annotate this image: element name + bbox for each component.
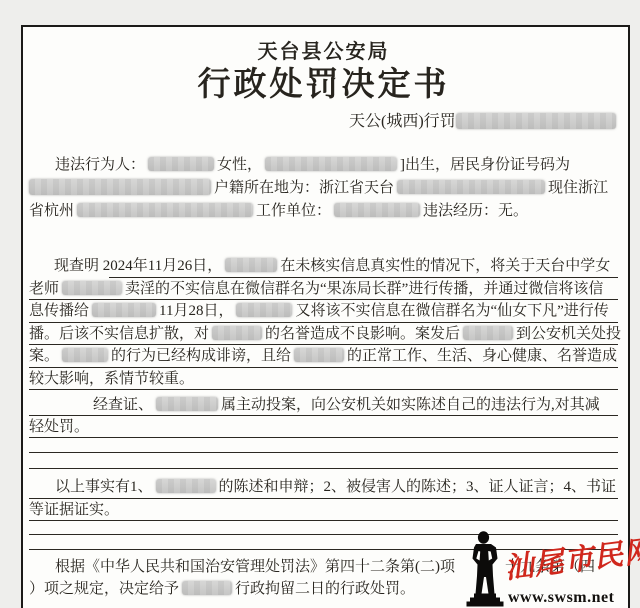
ruled-line: 播。后该不实信息扩散，对的名誉造成不良影响。案发后到公安机关处投 — [29, 323, 618, 346]
body-text: 的名誉造成不良影响。案发后 — [265, 326, 460, 342]
body-text: 女性， — [217, 157, 262, 173]
body-text: 轻处罚。 — [29, 419, 89, 435]
redacted-text — [77, 203, 253, 217]
redacted-text — [397, 180, 545, 194]
ruled-line: 案。的行为已经构成诽谤，且给的正常工作、生活、身心健康、名誉造成 — [29, 345, 618, 368]
ruled-line — [29, 437, 618, 453]
text-line: 违法行为人：女性，]出生，居民身份证号码为 — [29, 154, 618, 177]
facts-paragraph: 现查明 2024年11月26日，在未核实信息真实性的情况下，将关于天台中学女 老… — [29, 255, 618, 390]
body-text: 工作单位： — [256, 203, 331, 219]
body-text: 息传播给 — [29, 303, 89, 319]
redacted-text — [92, 303, 156, 317]
statue-logo-icon — [462, 531, 508, 607]
watermark-site-name: 汕尾市民网 — [502, 530, 640, 587]
body-text: 属主动投案，向公安机关如实陈述自己的违法行为,对其减 — [221, 397, 600, 413]
body-text: 省杭州 — [29, 203, 74, 219]
party-info-paragraph: 违法行为人：女性，]出生，居民身份证号码为 户籍所在地为：浙江省天台现住浙江 省… — [29, 154, 618, 223]
watermark-site-url: www.swsm.net — [508, 589, 614, 607]
redacted-text — [236, 303, 292, 317]
watermark: 汕尾市民网 www.swsm.net — [462, 532, 640, 608]
body-text: 在未核实信息真实性的情况下，将关于天台中学女 — [280, 258, 610, 274]
body-text: 的正常工作、生活、身心健康、名誉造成 — [347, 348, 617, 364]
body-text: 又将该不实信息在微信群名为“仙女下凡”进行传 — [295, 303, 608, 319]
ruled-line: 轻处罚。 — [29, 416, 618, 438]
body-text: 违法经历：无。 — [423, 203, 528, 219]
body-text: 卖淫的不实信息在微信群名为“果冻局长群”进行传播，并通过微信将该信 — [125, 281, 603, 297]
text-line: 户籍所在地为：浙江省天台现住浙江 — [29, 177, 618, 200]
body-text: 播。后该不实信息扩散，对 — [29, 326, 209, 342]
redacted-text — [156, 397, 218, 411]
redacted-text — [456, 113, 616, 129]
body-text: 的陈述和申辩；2、被侵害人的陈述；3、证人证言；4、书证 — [219, 479, 617, 495]
ruled-line: 现查明 2024年11月26日，在未核实信息真实性的情况下，将关于天台中学女 — [29, 255, 618, 278]
redacted-text — [62, 348, 108, 362]
investigation-paragraph: 经查证、属主动投案，向公安机关如实陈述自己的违法行为,对其减 轻处罚。 — [29, 394, 618, 438]
redacted-text — [334, 203, 420, 217]
paper-frame: 天台县公安局 行政处罚决定书 天公(城西)行罚 违法行为人：女性，]出生，居民身… — [21, 25, 630, 608]
facts-label: 现查明 — [54, 258, 99, 274]
body-text: ]出生，居民身份证号码为 — [400, 157, 570, 173]
redacted-text — [265, 157, 397, 171]
body-text: 较大影响，系情节较重。 — [29, 371, 194, 387]
body-text: 案。 — [29, 348, 59, 364]
evidence-paragraph: 以上事实有1、的陈述和申辩；2、被侵害人的陈述；3、证人证言；4、书证 等证据证… — [29, 476, 618, 521]
document-body: 天台县公安局 行政处罚决定书 天公(城西)行罚 违法行为人：女性，]出生，居民身… — [29, 27, 618, 608]
redacted-text — [463, 326, 513, 340]
body-text: 2024年11月26日， — [103, 258, 222, 274]
body-text: 到公安机关处投 — [516, 326, 621, 342]
body-text: 行政拘留二日的行政处罚。 — [235, 581, 415, 597]
ruled-line: 老师卖淫的不实信息在微信群名为“果冻局长群”进行传播，并通过微信将该信 — [29, 278, 618, 301]
text-line: 省杭州工作单位：违法经历：无。 — [29, 200, 618, 223]
ruled-line: 较大影响，系情节较重。 — [29, 368, 618, 391]
redacted-text — [148, 157, 214, 171]
body-text: 的行为已经构成诽谤，且给 — [111, 348, 291, 364]
redacted-text — [29, 179, 211, 195]
body-text: 经查证、 — [93, 397, 153, 413]
ruled-line — [29, 453, 618, 469]
body-text: 户籍所在地为：浙江省天台 — [214, 180, 394, 196]
body-text: 等证据证实。 — [29, 502, 119, 518]
ruled-line: 等证据证实。 — [29, 499, 618, 522]
body-text: 违法行为人： — [55, 157, 145, 173]
document-title: 行政处罚决定书 — [29, 58, 618, 105]
document-number: 天公(城西)行罚 — [349, 108, 619, 131]
body-text: 现住浙江 — [548, 180, 608, 196]
ruled-line: 经查证、属主动投案，向公安机关如实陈述自己的违法行为,对其减 — [29, 394, 618, 416]
blank-ruled-lines — [29, 437, 618, 469]
redacted-text — [62, 281, 122, 295]
body-text: 老师 — [29, 281, 59, 297]
redacted-text — [212, 326, 262, 340]
body-text: 根据《中华人民共和国治安管理处罚法》第四十二条第(二)项 — [55, 559, 455, 575]
redacted-text — [294, 348, 344, 362]
body-text: ）项之规定，决定给予 — [29, 581, 179, 597]
ruled-line: 以上事实有1、的陈述和申辩；2、被侵害人的陈述；3、证人证言；4、书证 — [29, 476, 618, 499]
document-number-prefix: 天公(城西)行罚 — [349, 113, 456, 130]
redacted-text — [182, 581, 232, 595]
redacted-text — [156, 479, 216, 493]
ruled-line: 息传播给11月28日，又将该不实信息在微信群名为“仙女下凡”进行传 — [29, 300, 618, 323]
redacted-text — [225, 258, 277, 272]
body-text: 11月28日， — [159, 303, 233, 319]
body-text: 以上事实有1、 — [55, 479, 153, 495]
